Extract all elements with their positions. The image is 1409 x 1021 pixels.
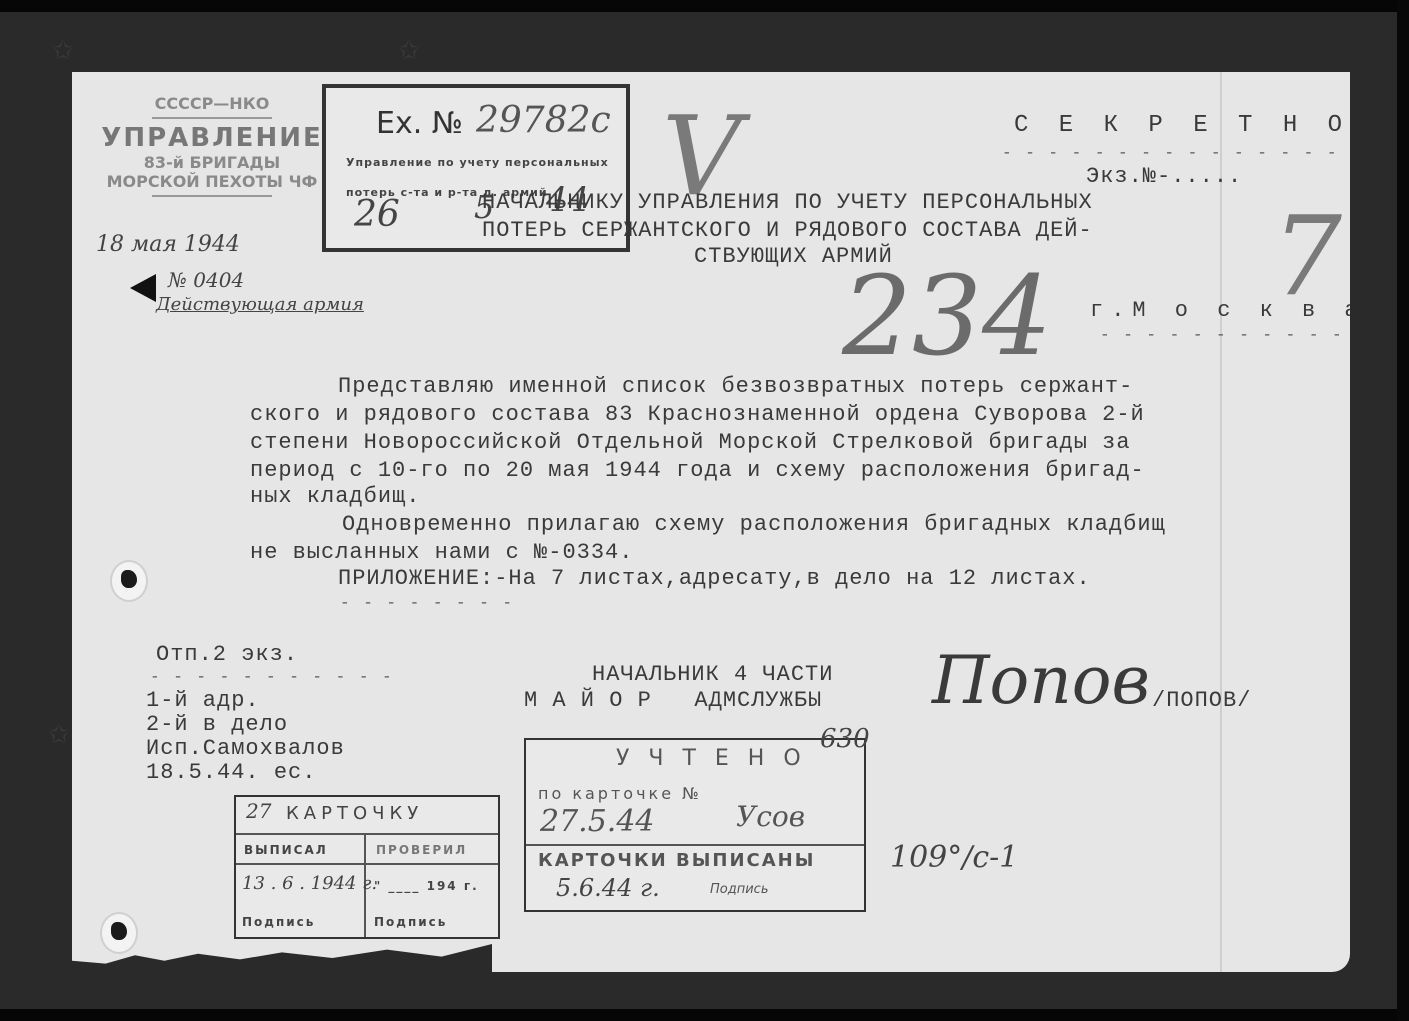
card-signature-label: Подпись	[242, 915, 315, 929]
addressee-line: НАЧАЛЬНИКУ УПРАВЛЕНИЯ ПО УЧЕТУ ПЕРСОНАЛЬ…	[482, 190, 1093, 215]
card-signature-label: Подпись	[374, 915, 447, 929]
stamp-rule	[236, 863, 498, 865]
stamp-date: 18 мая 1944	[96, 232, 240, 257]
body-line: Одновременно прилагаю схему расположения…	[342, 512, 1166, 537]
watermark-star-icon: ✩	[398, 36, 420, 66]
card-title: КАРТОЧКУ	[286, 803, 423, 824]
stamp-line: 83-й БРИГАДЫ	[92, 153, 332, 172]
dashed-rule: - - - - - - - - - - - - - -	[1100, 326, 1350, 344]
torn-edge	[72, 944, 492, 972]
card-stamp: 27 КАРТОЧКУ ВЫПИСАЛ ПРОВЕРИЛ 13 . 6 . 19…	[234, 795, 500, 939]
classification: С Е К Р Е Т Н О	[1014, 112, 1350, 139]
side-number: 630	[820, 724, 870, 754]
punch-hole	[110, 560, 148, 602]
card-col-header: ПРОВЕРИЛ	[376, 843, 467, 857]
watermark-star-icon: ✩	[52, 36, 74, 66]
city: г.М о с к в а .	[1090, 298, 1350, 323]
registration-line: Управление по учету персональных	[346, 156, 609, 169]
distribution-line: 1-й адр.	[146, 688, 260, 713]
watermark-star-icon: ✩	[48, 720, 70, 750]
recorded-title: У Ч Т Е Н О	[616, 746, 807, 771]
appendix-line: ПРИЛОЖЕНИЕ:-На 7 листах,адресату,в дело …	[338, 566, 1091, 591]
paper-fold	[1220, 72, 1222, 972]
dashed-rule: - - - - - - - - - - - - - - - - - -	[1002, 144, 1350, 162]
reference-number: 109°/с-1	[890, 840, 1018, 875]
document-paper: ССССР—НКО УПРАВЛЕНИЕ 83-й БРИГАДЫ МОРСКО…	[72, 72, 1350, 972]
body-line: не высланных нами с №-0334.	[250, 540, 633, 565]
copy-number: Экз.№-.....	[1086, 164, 1242, 189]
signature-title: НАЧАЛЬНИК 4 ЧАСТИ	[592, 662, 833, 687]
registration-day: 26	[354, 194, 400, 235]
stamp-line: МОРСКОЙ ПЕХОТЫ ЧФ	[92, 172, 332, 191]
body-line: ных кладбищ.	[250, 484, 420, 509]
cards-issued-signature-label: Подпись	[710, 882, 768, 897]
stamp-line: УПРАВЛЕНИЕ	[92, 123, 332, 153]
recorded-card-number: по карточке №	[538, 784, 702, 803]
pencil-number: 234	[842, 252, 1052, 380]
dashed-rule: - - - - - - - -	[340, 594, 514, 612]
recorded-date: 27.5.44	[540, 804, 655, 839]
body-line: Представляю именной список безвозвратных…	[338, 374, 1133, 399]
body-line: степени Новороссийской Отдельной Морской…	[250, 430, 1131, 455]
stamp-rule	[526, 844, 864, 846]
stamp-rule	[152, 195, 272, 197]
cards-issued-label: КАРТОЧКИ ВЫПИСАНЫ	[538, 850, 815, 871]
body-line: период с 10-го по 20 мая 1944 года и схе…	[250, 458, 1145, 483]
scan-frame-right	[1397, 0, 1409, 1021]
body-line: ского и рядового состава 83 Краснознамен…	[250, 402, 1145, 427]
dashed-rule: - - - - - - - - - - -	[150, 668, 394, 686]
card-date-written: 13 . 6 . 1944 г.	[242, 873, 377, 894]
stamp-line: ССССР—НКО	[92, 94, 332, 113]
signature-rank: М А Й О Р АДМСЛУЖБЫ	[524, 688, 822, 713]
cards-issued-date: 5.6.44 г.	[556, 874, 660, 902]
ex-label: Ex. №	[376, 106, 463, 141]
recorded-signature: Усов	[736, 800, 805, 833]
distribution-line: 18.5.44. ес.	[146, 760, 316, 785]
stamp-place: Действующая армия	[156, 294, 364, 315]
punch-hole	[100, 912, 138, 954]
scan-frame-bottom	[0, 1009, 1409, 1021]
card-day: 27	[246, 799, 271, 823]
stamp-rule	[152, 117, 272, 119]
distribution-line: 2-й в дело	[146, 712, 288, 737]
brigade-stamp: ССССР—НКО УПРАВЛЕНИЕ 83-й БРИГАДЫ МОРСКО…	[92, 94, 332, 201]
arrow-icon	[130, 274, 156, 302]
addressee-line: ПОТЕРЬ СЕРЖАНТСКОГО И РЯДОВОГО СОСТАВА Д…	[482, 218, 1093, 243]
handwritten-signature: Попов	[932, 642, 1150, 719]
distribution-line: Исп.Самохвалов	[146, 736, 345, 761]
card-col-header: ВЫПИСАЛ	[244, 843, 328, 857]
addressee-line: СТВУЮЩИХ АРМИЙ	[694, 244, 893, 269]
stamp-outgoing-number: № 0404	[168, 268, 244, 292]
stamp-rule	[236, 833, 498, 835]
ex-number: 29782с	[476, 100, 611, 141]
card-date-checked: " ____ 194 г.	[374, 879, 479, 893]
signatory-name: /ПОПОВ/	[1152, 688, 1251, 713]
recorded-stamp: У Ч Т Е Н О по карточке № 27.5.44 Усов К…	[524, 738, 866, 912]
distribution-header: Отп.2 экз.	[156, 642, 298, 667]
scan-frame-top	[0, 0, 1409, 12]
